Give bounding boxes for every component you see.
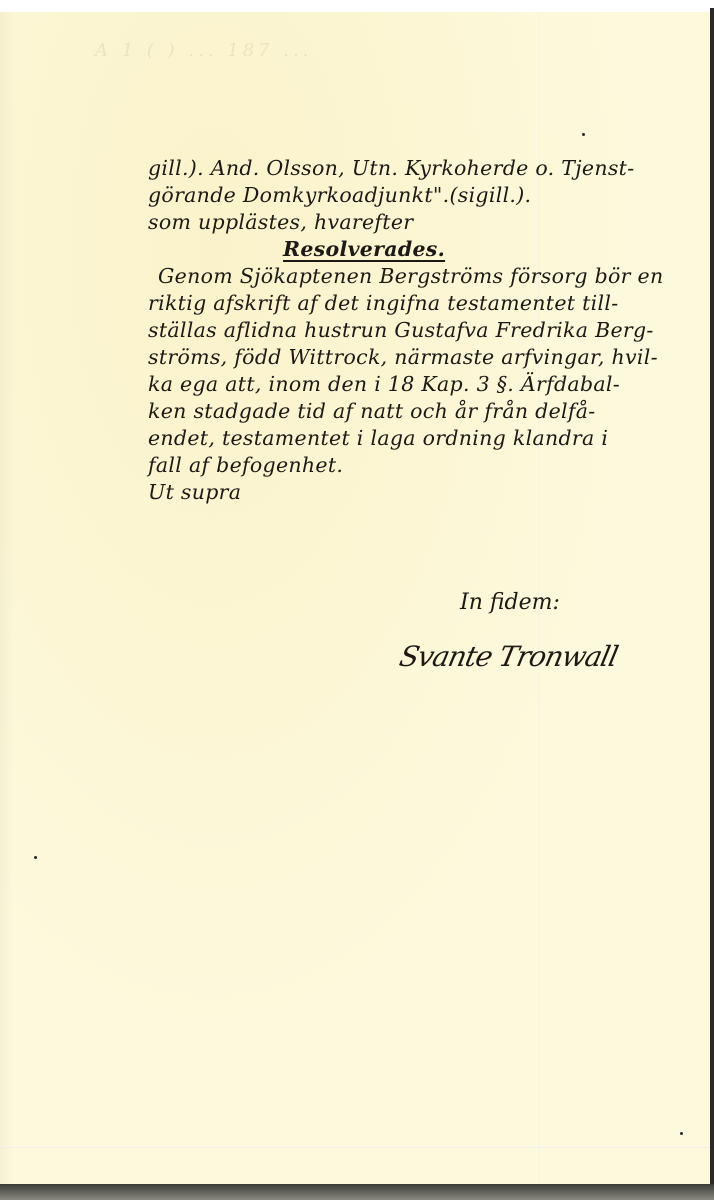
in-fidem-closing: In fidem:	[460, 590, 560, 615]
text-line: endet, testamentet i laga ordning klandr…	[148, 425, 693, 452]
ink-speck	[680, 1132, 683, 1135]
scan-bottom-edge	[0, 1184, 714, 1200]
text-line: ken stadgade tid af natt och år från del…	[148, 398, 693, 425]
text-line: ka ega att, inom den i 18 Kap. 3 §. Ärfd…	[148, 371, 693, 398]
text-line: fall af befogenhet.	[148, 452, 693, 479]
text-line: riktig afskrift af det ingifna testament…	[148, 290, 693, 317]
page-right-edge	[710, 8, 714, 1188]
text-line: ströms, född Wittrock, närmaste arfvinga…	[148, 344, 693, 371]
text-line: som upplästes, hvarefter	[148, 209, 693, 236]
faint-header-mark: A 1 ( ) ... 187 ...	[95, 40, 313, 61]
text-line: görande Domkyrkoadjunkt".(sigill.).	[148, 182, 693, 209]
ut-supra: Ut supra	[148, 479, 693, 506]
handwritten-text-block: gill.). And. Olsson, Utn. Kyrkoherde o. …	[148, 155, 693, 506]
resolution-heading: Resolverades.	[148, 236, 693, 263]
horizontal-fold-crease	[0, 1146, 710, 1148]
text-line: Genom Sjökaptenen Bergströms försorg bör…	[148, 263, 693, 290]
ink-speck	[582, 133, 585, 136]
signature: Svante Tronwall	[396, 640, 620, 673]
ink-speck	[34, 856, 37, 859]
text-line: gill.). And. Olsson, Utn. Kyrkoherde o. …	[148, 155, 693, 182]
text-line: ställas aflidna hustrun Gustafva Fredrik…	[148, 317, 693, 344]
